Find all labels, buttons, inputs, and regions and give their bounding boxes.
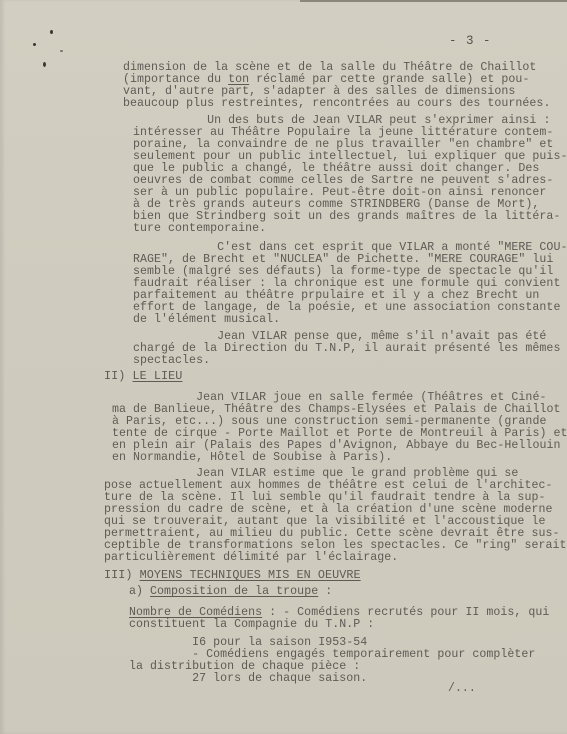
subsection-label: a) xyxy=(129,585,150,598)
section-number: III) xyxy=(104,568,140,582)
margin-mark xyxy=(60,50,63,52)
text-line: en Normandie, Hôtel de Soubise à Paris). xyxy=(112,452,392,464)
section-title: MOYENS TECHNIQUES MIS EN OEUVRE xyxy=(140,568,361,582)
text-run: : xyxy=(318,585,332,598)
subsection-heading-a: a) Composition de la troupe : xyxy=(129,586,332,598)
text-line: de l'élément musical. xyxy=(133,314,280,326)
text-line: beaucoup plus restreintes, rencontrées a… xyxy=(123,98,550,110)
section-number: II) xyxy=(104,369,133,383)
section-heading-3: III) MOYENS TECHNIQUES MIS EN OEUVRE xyxy=(104,569,361,581)
subsection-title: Composition de la troupe xyxy=(150,585,318,598)
text-line: ture contemporaine. xyxy=(133,223,266,235)
text-line: spectacles. xyxy=(133,355,210,367)
text-line: particulièrement délimité par l'éclairag… xyxy=(104,552,398,564)
page-top-edge xyxy=(300,0,567,2)
margin-mark xyxy=(33,43,36,46)
margin-mark xyxy=(43,62,46,67)
continuation-mark: /... xyxy=(448,682,476,695)
section-title: LE LIEU xyxy=(133,369,183,383)
document-page: - 3 - dimension de la scène et de la sal… xyxy=(0,0,567,734)
margin-mark xyxy=(50,30,53,34)
section-heading-2: II) LE LIEU xyxy=(104,370,182,382)
page-number: - 3 - xyxy=(449,34,492,48)
text-line: 27 lors de chaque saison. xyxy=(129,673,367,685)
text-line: constituent la Compagnie du T.N.P : xyxy=(129,619,374,631)
